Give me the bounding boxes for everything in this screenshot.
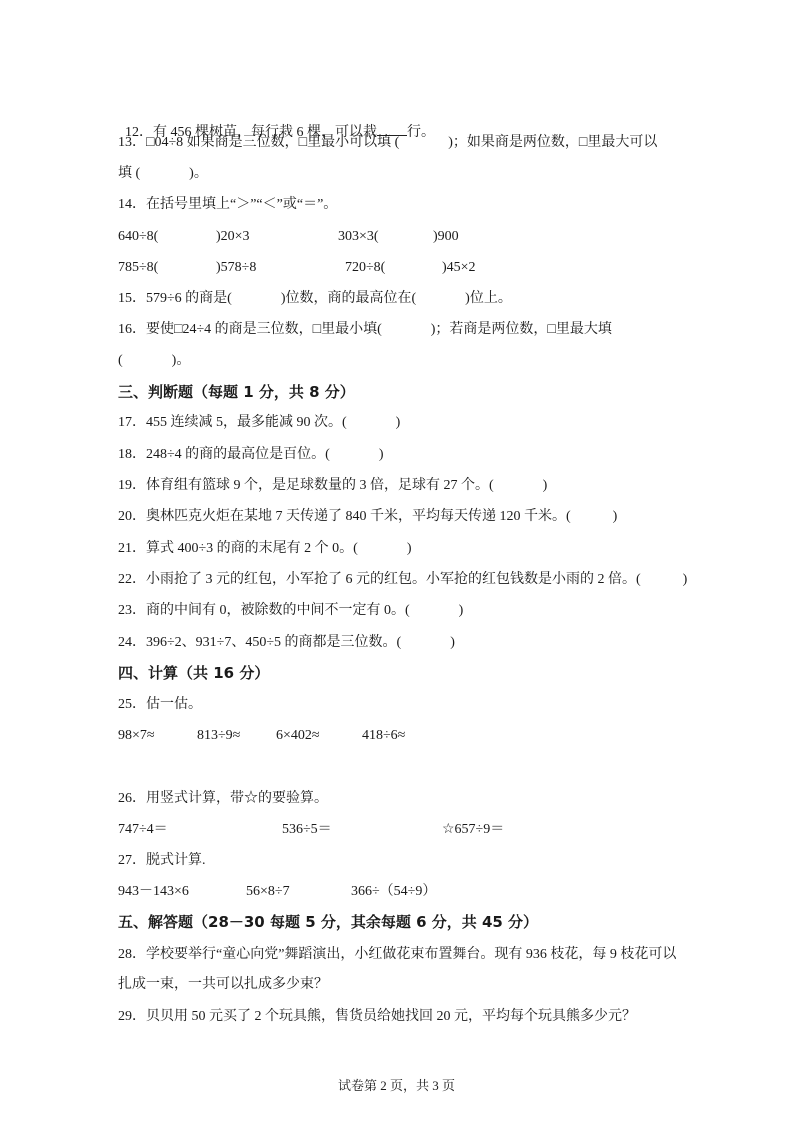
step-calc-item-2: 56×8÷7: [246, 883, 290, 901]
question-15: 15．579÷6 的商是( )位数，商的最高位在( )位上。: [118, 290, 512, 308]
section-3-heading: 三、判断题（每题 1 分，共 8 分）: [118, 383, 355, 401]
question-26-prompt: 26．用竖式计算，带☆的要验算。: [118, 790, 328, 808]
vertical-calc-item-2: 536÷5＝: [282, 821, 332, 839]
question-16-line1: 16．要使□24÷4 的商是三位数，□里最小填( )；若商是两位数，□里最大填: [118, 321, 612, 339]
estimate-item-3: 6×402≈: [276, 727, 320, 745]
step-calc-item-1: 943－143×6: [118, 883, 189, 901]
question-29: 29．贝贝用 50 元买了 2 个玩具熊，售货员给她找回 20 元，平均每个玩具…: [118, 1008, 636, 1026]
question-13-line1: 13．□04÷8 如果商是三位数，□里最小可以填 ( )；如果商是两位数，□里最…: [118, 134, 657, 152]
question-27-prompt: 27．脱式计算.: [118, 852, 206, 870]
question-13-line2: 填 ( )。: [118, 165, 208, 183]
question-20: 20．奥林匹克火炬在某地 7 天传递了 840 千米，平均每天传递 120 千米…: [118, 508, 617, 526]
vertical-calc-item-1: 747÷4＝: [118, 821, 168, 839]
estimate-item-1: 98×7≈: [118, 727, 155, 745]
compare-item-2-right: )900: [433, 228, 459, 246]
question-22: 22．小雨抢了 3 元的红包，小军抢了 6 元的红包。小军抢的红包钱数是小雨的 …: [118, 571, 687, 589]
question-19: 19．体育组有篮球 9 个，是足球数量的 3 倍，足球有 27 个。( ): [118, 477, 547, 495]
question-24: 24．396÷2、931÷7、450÷5 的商都是三位数。( ): [118, 634, 455, 652]
compare-item-1-left: 640÷8(: [118, 228, 158, 246]
question-28-line1: 28．学校要举行“童心向党”舞蹈演出，小红做花束布置舞台。现有 936 枝花，每…: [118, 946, 676, 964]
compare-item-4-left: 720÷8(: [345, 259, 385, 277]
estimate-item-2: 813÷9≈: [197, 727, 240, 745]
estimate-item-4: 418÷6≈: [362, 727, 405, 745]
question-17: 17．455 连续减 5，最多能减 90 次。( ): [118, 414, 400, 432]
compare-item-3-left: 785÷8(: [118, 259, 158, 277]
compare-item-1-right: )20×3: [216, 228, 250, 246]
section-4-heading: 四、计算（共 16 分）: [118, 664, 269, 682]
compare-item-4-right: )45×2: [442, 259, 476, 277]
page-footer: 试卷第 2 页，共 3 页: [0, 1075, 793, 1094]
question-25-prompt: 25．估一估。: [118, 696, 202, 714]
question-14-prompt: 14．在括号里填上“＞”“＜”或“＝”。: [118, 196, 337, 214]
section-5-heading: 五、解答题（28－30 每题 5 分，其余每题 6 分，共 45 分）: [118, 913, 538, 931]
question-18: 18．248÷4 的商的最高位是百位。( ): [118, 446, 384, 464]
step-calc-item-3: 366÷（54÷9）: [351, 883, 436, 901]
vertical-calc-item-3: ☆657÷9＝: [442, 821, 504, 839]
question-16-line2: ( )。: [118, 352, 190, 370]
question-23: 23．商的中间有 0，被除数的中间不一定有 0。( ): [118, 602, 463, 620]
compare-item-2-left: 303×3(: [338, 228, 379, 246]
question-21: 21．算式 400÷3 的商的末尾有 2 个 0。( ): [118, 540, 412, 558]
compare-item-3-right: )578÷8: [216, 259, 256, 277]
question-28-line2: 扎成一束，一共可以扎成多少束？: [118, 976, 328, 994]
